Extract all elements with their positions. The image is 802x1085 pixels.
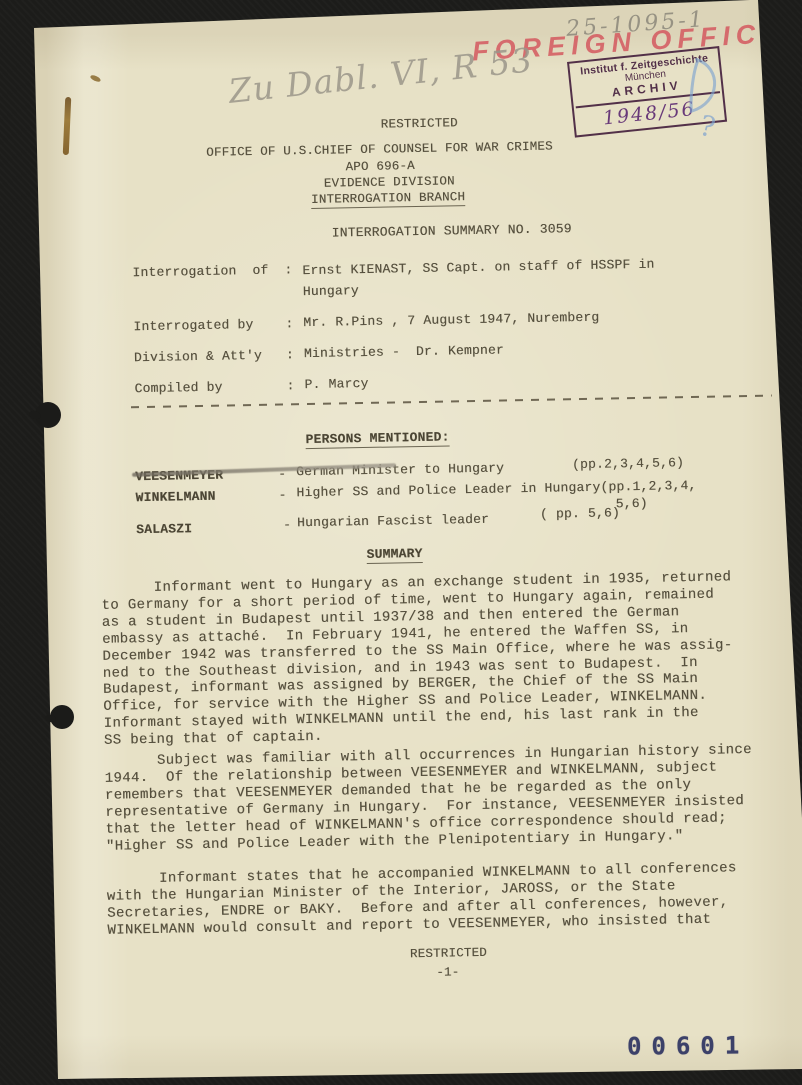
info-sep: : xyxy=(286,347,294,362)
punch-hole-icon xyxy=(50,705,74,729)
person-dash: - xyxy=(278,487,286,502)
person-pages: (pp.2,3,4,5,6) xyxy=(572,455,684,472)
person-name: SALASZI xyxy=(136,521,192,537)
summary-number: INTERROGATION SUMMARY NO. 3059 xyxy=(332,221,572,240)
classification-bottom: RESTRICTED xyxy=(410,946,487,961)
info-sep: : xyxy=(284,262,292,277)
person-role: German Minister to Hungary xyxy=(296,460,504,479)
persons-title: PERSONS MENTIONED: xyxy=(305,429,449,449)
apo-line: APO 696-A xyxy=(345,159,415,174)
branch-line: INTERROGATION BRANCH xyxy=(311,190,465,209)
document-serial-stamp: 00601 xyxy=(627,1031,749,1060)
summary-paragraph-1: Informant went to Hungary as an exchange… xyxy=(101,568,782,749)
info-value-subject: Ernst KIENAST, SS Capt. on staff of HSSP… xyxy=(302,254,655,302)
person-role: Hungarian Fascist leader xyxy=(297,512,489,531)
summary-paragraph-2: Subject was familiar with all occurrence… xyxy=(104,741,784,855)
dashed-divider xyxy=(131,395,772,409)
classification-top: RESTRICTED xyxy=(381,116,458,131)
person-pages: 5,6) xyxy=(616,496,648,512)
info-label-compiled-by: Compiled by xyxy=(134,380,222,397)
person-name: WINKELMANN xyxy=(135,489,215,505)
page-number: -1- xyxy=(436,965,459,979)
summary-title: SUMMARY xyxy=(366,546,422,564)
info-value-interrogator: Mr. R.Pins , 7 August 1947, Nuremberg xyxy=(303,310,599,330)
info-label-division-atty: Division & Att'y xyxy=(134,348,262,365)
info-sep: : xyxy=(285,316,293,331)
punch-hole-icon xyxy=(35,402,61,428)
document-paper: RESTRICTED OFFICE OF U.S.CHIEF OF COUNSE… xyxy=(0,0,802,1085)
typed-layer: RESTRICTED OFFICE OF U.S.CHIEF OF COUNSE… xyxy=(0,0,802,1085)
info-label-interrogated-by: Interrogated by xyxy=(133,317,253,334)
summary-paragraph-3: Informant states that he accompanied WIN… xyxy=(106,859,785,939)
info-sep: : xyxy=(286,378,294,393)
office-title: OFFICE OF U.S.CHIEF OF COUNSEL FOR WAR C… xyxy=(206,140,553,160)
person-dash: - xyxy=(283,517,291,532)
info-value-division: Ministries - Dr. Kempner xyxy=(304,342,504,361)
info-label-interrogation-of: Interrogation of xyxy=(132,263,268,280)
division-line: EVIDENCE DIVISION xyxy=(324,174,455,190)
scanned-page-canvas: RESTRICTED OFFICE OF U.S.CHIEF OF COUNSE… xyxy=(0,0,802,1085)
info-value-compiler: P. Marcy xyxy=(304,376,368,392)
person-pages: ( pp. 5,6) xyxy=(540,505,620,521)
